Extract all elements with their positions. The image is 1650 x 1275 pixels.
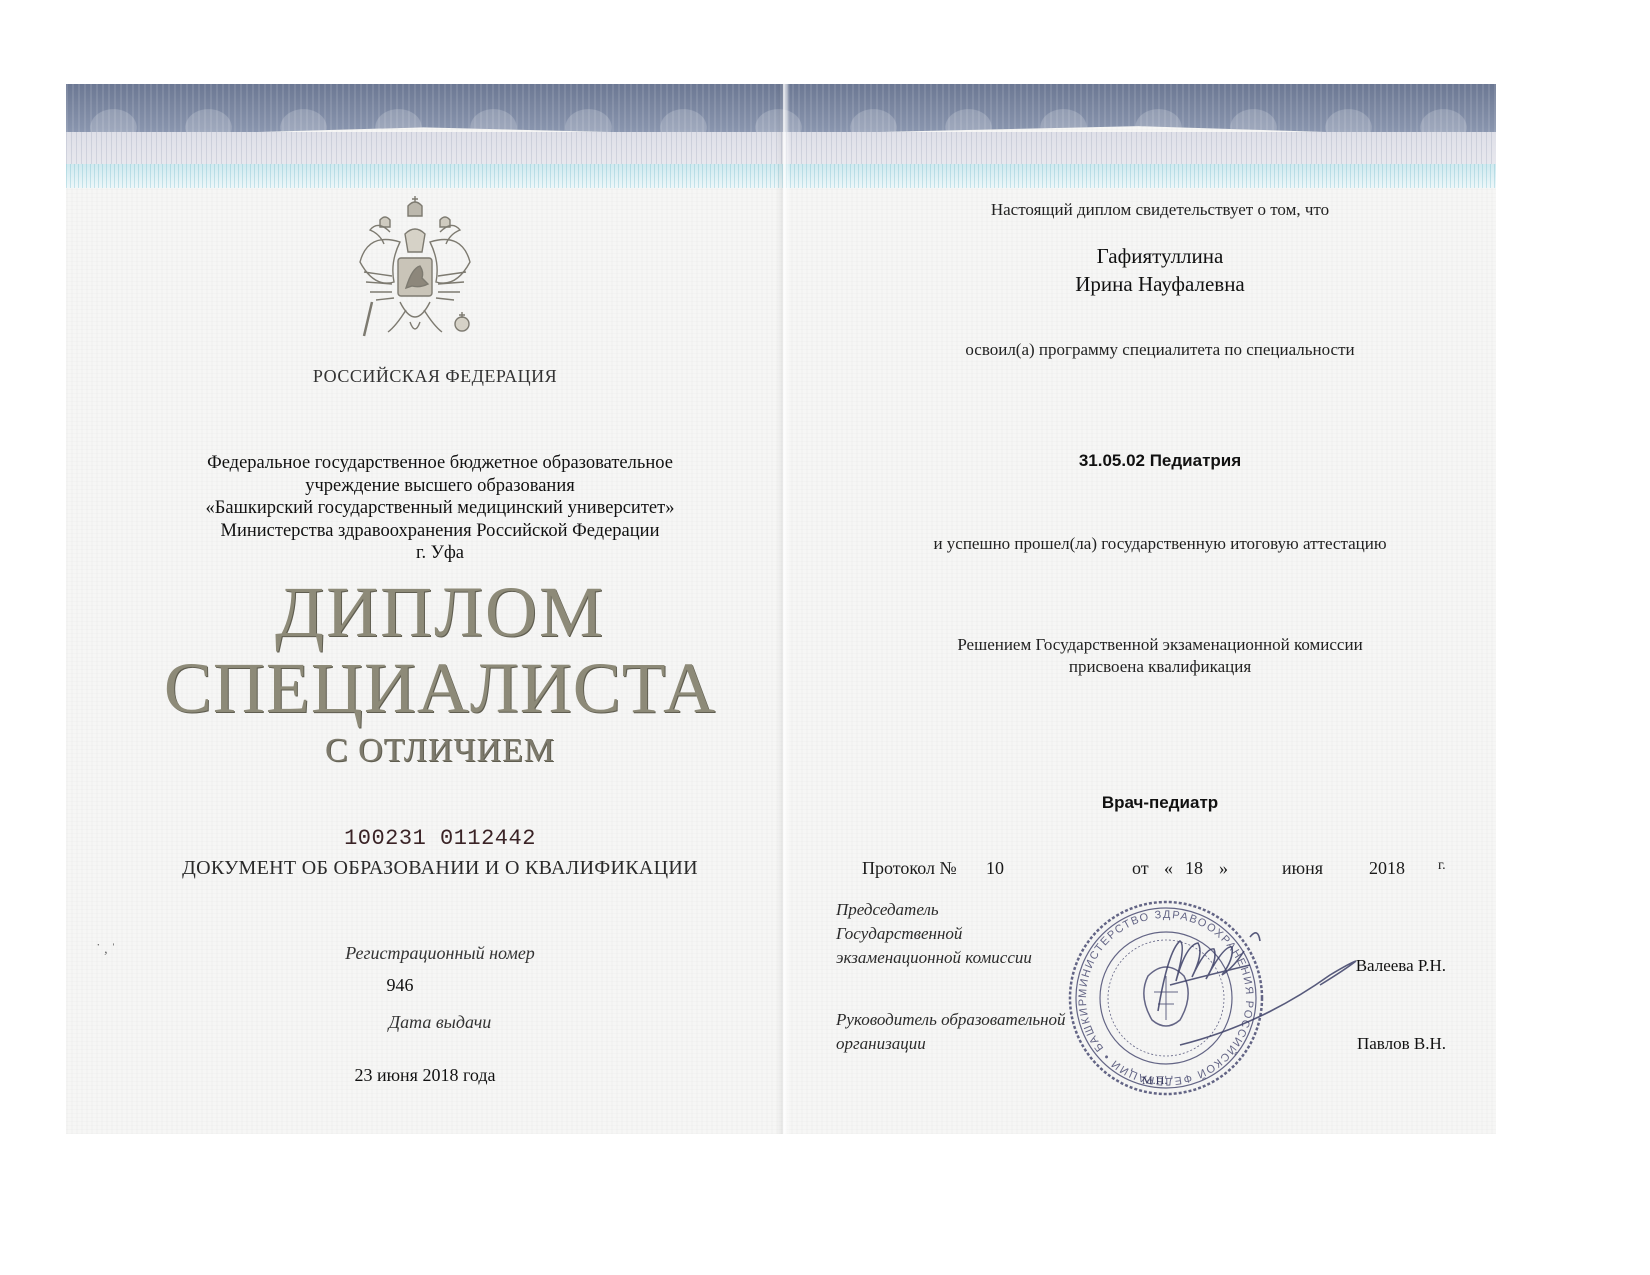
registration-number: 946 — [300, 975, 500, 996]
decision-line: Решением Государственной экзаменационной… — [880, 634, 1440, 656]
program-statement: освоил(а) программу специалитета по спец… — [860, 340, 1460, 360]
qualification: Врач-педиатр — [880, 793, 1440, 813]
institution-line: «Башкирский государственный медицинский … — [140, 497, 740, 520]
institution-name: Федеральное государственное бюджетное об… — [140, 452, 740, 565]
institution-city: г. Уфа — [140, 542, 740, 565]
close-quote: » — [1219, 858, 1228, 879]
protocol-row: Протокол № 10 от « 18 » июня 2018 г. — [862, 858, 1462, 884]
document-type: ДОКУМЕНТ ОБ ОБРАЗОВАНИИ И О КВАЛИФИКАЦИИ — [150, 857, 730, 880]
graduate-given-names: Ирина Науфалевна — [880, 270, 1440, 298]
year-suffix: г. — [1438, 858, 1446, 874]
chair-line: экзаменационной комиссии — [836, 946, 1096, 970]
page-fold — [776, 84, 790, 1134]
certifies-statement: Настоящий диплом свидетельствует о том, … — [880, 200, 1440, 220]
protocol-label: Протокол № — [862, 858, 957, 879]
diploma-title: ДИПЛОМ — [150, 574, 730, 650]
commission-decision: Решением Государственной экзаменационной… — [880, 634, 1440, 678]
issue-date: 23 июня 2018 года — [280, 1065, 570, 1086]
commission-chair-title: Председатель Государственной экзаменацио… — [836, 898, 1096, 970]
coat-of-arms-icon — [350, 192, 480, 357]
seal-place-label: М.П. — [1142, 1073, 1167, 1088]
with-honors-label: С ОТЛИЧИЕМ — [150, 732, 730, 770]
graduate-surname: Гафиятуллина — [880, 242, 1440, 270]
protocol-from: от — [1132, 858, 1149, 879]
chair-line: Государственной — [836, 922, 1096, 946]
scan-specks: ˙ , ˈ — [96, 942, 116, 958]
decision-line: присвоена квалификация — [880, 656, 1440, 678]
country-name: РОССИЙСКАЯ ФЕДЕРАЦИЯ — [260, 366, 610, 387]
diploma-subtitle: СПЕЦИАЛИСТА — [150, 650, 730, 726]
issue-date-label: Дата выдачи — [300, 1012, 580, 1033]
institution-line: Федеральное государственное бюджетное об… — [140, 452, 740, 475]
chair-line: Председатель — [836, 898, 1096, 922]
registration-number-label: Регистрационный номер — [300, 943, 580, 964]
serial-number: 100231 0112442 — [150, 826, 730, 851]
protocol-month: июня — [1282, 858, 1323, 879]
protocol-year: 2018 — [1369, 858, 1405, 879]
signature-icon — [1140, 915, 1400, 1055]
open-quote: « — [1164, 858, 1173, 879]
attestation-statement: и успешно прошел(ла) государственную ито… — [840, 534, 1480, 554]
protocol-day: 18 — [1185, 858, 1203, 879]
protocol-number: 10 — [986, 858, 1004, 879]
specialty: 31.05.02 Педиатрия — [880, 451, 1440, 471]
institution-line: Министерства здравоохранения Российской … — [140, 520, 740, 543]
graduate-name: Гафиятуллина Ирина Науфалевна — [880, 242, 1440, 298]
institution-line: учреждение высшего образования — [140, 475, 740, 498]
